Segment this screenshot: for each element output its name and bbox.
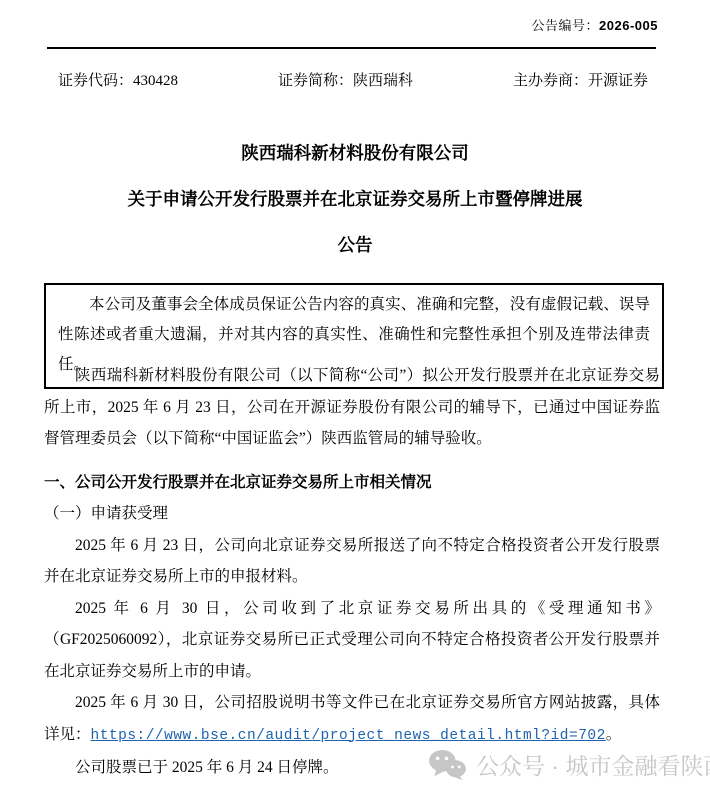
securities-code-label: 证券代码：: [58, 73, 133, 89]
securities-abbr-value: 陕西瑞科: [353, 73, 413, 89]
watermark: 公众号 · 城市金融看陕西: [428, 748, 710, 781]
paragraph-intro: 陕西瑞科新材料股份有限公司（以下简称“公司”）拟公开发行股票并在北京证券交易所上…: [44, 360, 660, 455]
bse-disclosure-link[interactable]: https://www.bse.cn/audit/project_news_de…: [91, 728, 606, 744]
watermark-text: 公众号 · 城市金融看陕西: [476, 748, 710, 781]
announcement-number: 公告编号：2026-005: [532, 15, 658, 34]
sponsor-broker-value: 开源证券: [588, 73, 648, 89]
title-announcement-word: 公告: [0, 222, 710, 268]
document-title: 陕西瑞科新材料股份有限公司 关于申请公开发行股票并在北京证券交易所上市暨停牌进展…: [0, 130, 710, 268]
header-divider: [47, 47, 656, 49]
sponsor-broker-label: 主办券商：: [513, 73, 588, 89]
paragraph-acceptance: 2025 年 6 月 30 日，公司收到了北京证券交易所出具的《受理通知书》（G…: [44, 593, 660, 688]
section-heading-1: 一、公司公开发行股票并在北京证券交易所上市相关情况: [44, 467, 660, 499]
securities-info-row: 证券代码：430428 证券简称：陕西瑞科 主办券商：开源证券: [58, 69, 648, 90]
paragraph-disclosure: 2025 年 6 月 30 日，公司招股说明书等文件已在北京证券交易所官方网站披…: [44, 687, 660, 752]
title-company-name: 陕西瑞科新材料股份有限公司: [0, 130, 710, 176]
title-subject: 关于申请公开发行股票并在北京证券交易所上市暨停牌进展: [0, 176, 710, 222]
sponsor-broker: 主办券商：开源证券: [513, 69, 648, 90]
securities-code-value: 430428: [133, 73, 178, 89]
paragraph-filing: 2025 年 6 月 23 日，公司向北京证券交易所报送了向不特定合格投资者公开…: [44, 530, 660, 593]
announcement-number-label: 公告编号：: [532, 18, 600, 33]
securities-abbr-label: 证券简称：: [278, 73, 353, 89]
document-body: 陕西瑞科新材料股份有限公司（以下简称“公司”）拟公开发行股票并在北京证券交易所上…: [44, 360, 660, 784]
wechat-icon: [428, 749, 466, 781]
subsection-heading-1: （一）申请获受理: [44, 498, 660, 530]
announcement-number-value: 2026-005: [599, 18, 658, 33]
securities-abbr: 证券简称：陕西瑞科: [278, 69, 413, 90]
announcement-document: 公告编号：2026-005 证券代码：430428 证券简称：陕西瑞科 主办券商…: [0, 0, 710, 795]
securities-code: 证券代码：430428: [58, 69, 178, 90]
disclosure-text-suffix: 。: [606, 726, 622, 743]
